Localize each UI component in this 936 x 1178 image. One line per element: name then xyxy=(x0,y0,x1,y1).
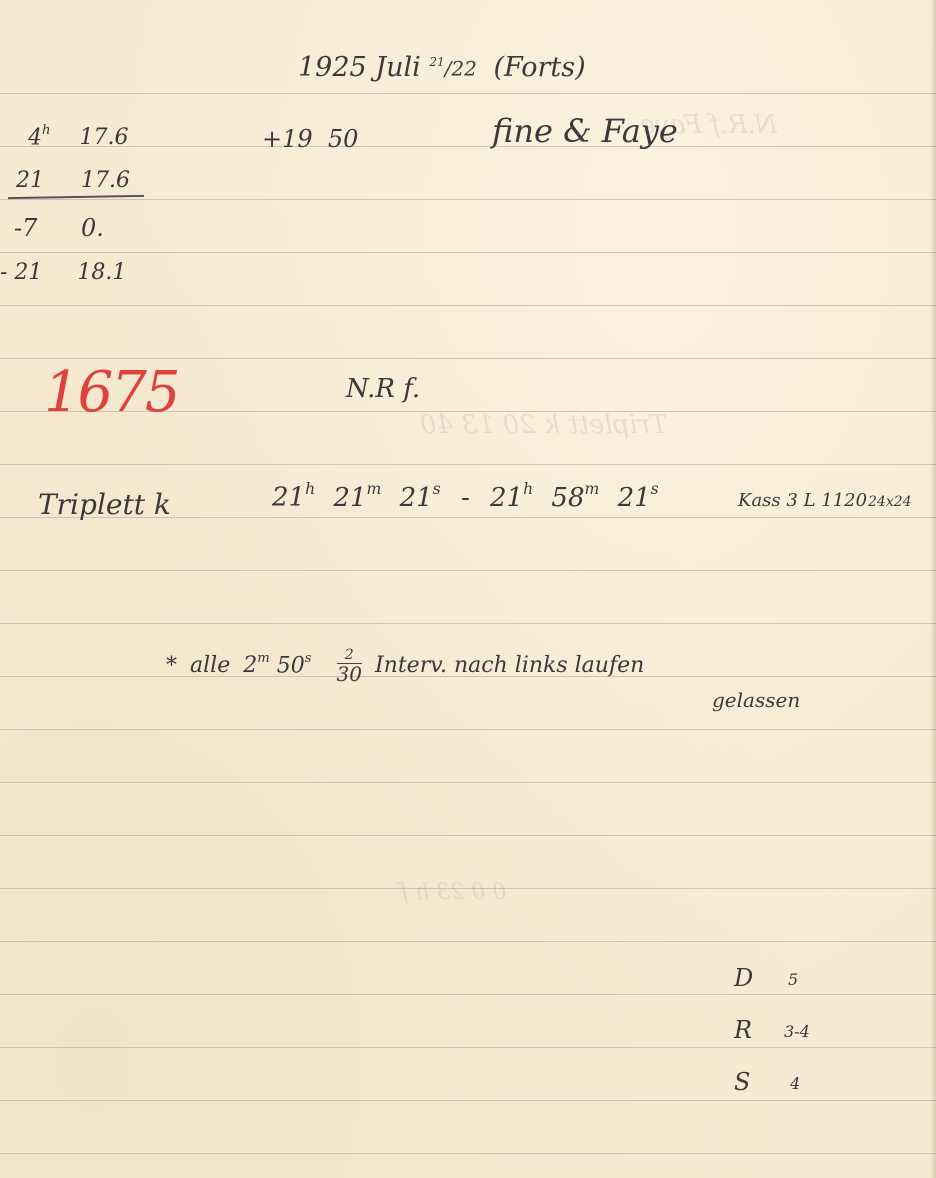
rating-row: R 3-4 xyxy=(734,1016,752,1044)
rule-line xyxy=(0,1047,936,1048)
rule-line xyxy=(0,93,936,94)
header-note: (Forts) xyxy=(493,52,585,83)
entry-time-range: 21h 21m 21s - 21h 58m 21s xyxy=(272,482,659,513)
rating-value: 3-4 xyxy=(784,1022,810,1041)
bleed-through-text: 0 0 23 h f xyxy=(400,880,506,905)
declination: +19 50 xyxy=(262,125,358,153)
rule-line xyxy=(0,252,936,253)
rule-line xyxy=(0,464,936,465)
entry-name: Triplett k xyxy=(38,488,171,521)
calc-row: 4h 17.6 xyxy=(28,125,128,150)
bleed-through-text: Triplett k 20 13 40 xyxy=(420,410,667,440)
rating-row: S 4 xyxy=(734,1068,750,1096)
interval-note-continued: gelassen xyxy=(712,688,800,712)
entry-number: 1675 xyxy=(44,360,179,425)
rule-line xyxy=(0,623,936,624)
rule-line xyxy=(0,782,936,783)
rating-symbol: D xyxy=(734,964,753,992)
calc-row: -7 0. xyxy=(14,214,104,242)
rating-row: D 5 xyxy=(734,964,753,992)
rule-line xyxy=(0,1153,936,1154)
page-edge-shadow xyxy=(930,0,936,1178)
header-label: fine & Faye xyxy=(492,112,678,150)
rating-value: 4 xyxy=(790,1074,800,1093)
calc-row: 21 17.6 xyxy=(16,168,130,193)
header-date-fraction: 21/22 xyxy=(429,58,476,80)
rule-line xyxy=(0,570,936,571)
header-date: 1925 Juli xyxy=(298,52,421,83)
rating-symbol: S xyxy=(734,1068,750,1096)
entry-plate: Kass 3 L 1120 xyxy=(738,490,867,511)
rule-line xyxy=(0,941,936,942)
rating-value: 5 xyxy=(788,970,798,989)
rating-symbol: R xyxy=(734,1016,752,1044)
entry-source: N.R f. xyxy=(346,374,420,404)
rule-line xyxy=(0,146,936,147)
page-header: 1925 Juli 21/22 (Forts) xyxy=(298,52,586,83)
rule-line xyxy=(0,994,936,995)
rule-line xyxy=(0,305,936,306)
interval-fraction: 2 30 xyxy=(337,648,362,685)
rule-line xyxy=(0,1100,936,1101)
rule-line xyxy=(0,358,936,359)
rule-line xyxy=(0,835,936,836)
rule-line xyxy=(0,729,936,730)
interval-note: * alle 2m 50s 2 30 Interv. nach links la… xyxy=(166,648,644,685)
calc-row: - 21 18.1 xyxy=(0,260,126,285)
rule-line xyxy=(0,199,936,200)
entry-size: 24x24 xyxy=(868,494,912,510)
